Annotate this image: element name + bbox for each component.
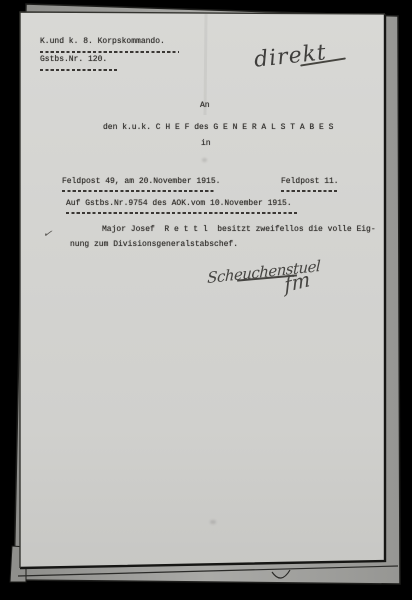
sender-underline-2: [40, 69, 117, 71]
paper-smudge: [202, 158, 207, 162]
dateline-right: Feldpost 11.: [281, 177, 339, 187]
paper-smudge: [210, 520, 216, 524]
dateline-left-underline: [62, 190, 214, 192]
body-line-2: nung zum Divisionsgeneralstabschef.: [70, 240, 238, 250]
reference-underline: [66, 212, 298, 214]
address-an: An: [200, 101, 210, 111]
address-recipient: den k.u.k. C H E F des G E N E R A L S T…: [103, 123, 333, 133]
address-in: in: [201, 139, 211, 149]
document-content: K.und k. 8. Korpskommando. Gstbs.Nr. 120…: [0, 0, 412, 600]
handwritten-note-direkt: direkt: [253, 40, 328, 72]
check-mark-icon: ✓: [42, 226, 53, 240]
body-line-1: Major Josef R e t t l besitzt zweifellos…: [102, 225, 376, 235]
dateline-left: Feldpost 49, am 20.November 1915.: [62, 177, 220, 187]
reference-line: Auf Gstbs.Nr.9754 des AOK.vom 10.Novembe…: [66, 199, 292, 209]
dateline-right-underline: [281, 190, 339, 192]
signature-paraph: fm: [284, 267, 311, 298]
scanned-document-photo: K.und k. 8. Korpskommando. Gstbs.Nr. 120…: [0, 0, 412, 600]
sender-line-1: K.und k. 8. Korpskommando.: [40, 37, 165, 47]
sender-underline-1: [40, 51, 179, 53]
sender-line-2: Gstbs.Nr. 120.: [40, 55, 107, 65]
